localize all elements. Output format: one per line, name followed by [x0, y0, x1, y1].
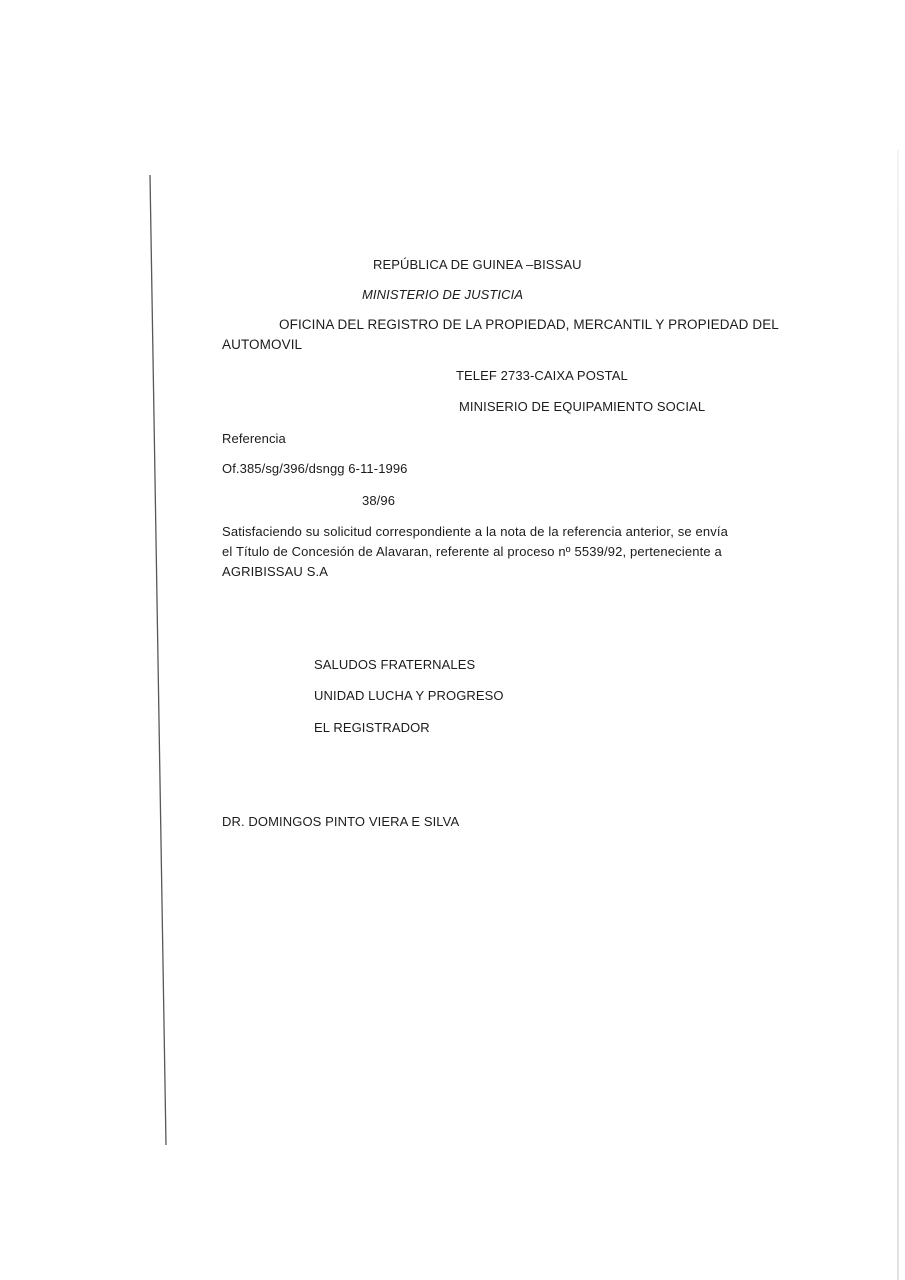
closing-greeting: SALUDOS FRATERNALES: [314, 657, 475, 673]
body-line: el Título de Concesión de Alavaran, refe…: [222, 542, 774, 562]
reference-label: Referencia: [222, 431, 286, 447]
signatory-name: DR. DOMINGOS PINTO VIERA E SILVA: [222, 814, 459, 830]
header-phone: TELEF 2733-CAIXA POSTAL: [456, 368, 628, 384]
closing-motto: UNIDAD LUCHA Y PROGRESO: [314, 688, 504, 704]
reference-our-ref: 38/96: [362, 493, 395, 509]
header-recipient: MINISERIO DE EQUIPAMIENTO SOCIAL: [459, 399, 705, 415]
body-line: AGRIBISSAU S.A: [222, 562, 774, 582]
header-ministry: MINISTERIO DE JUSTICIA: [362, 287, 523, 303]
page-edge-shadow: [897, 150, 899, 1280]
body-paragraph: Satisfaciendo su solicitud correspondien…: [222, 522, 774, 582]
header-country: REPÚBLICA DE GUINEA –BISSAU: [373, 257, 582, 273]
body-line: Satisfaciendo su solicitud correspondien…: [222, 522, 774, 542]
header-office-line2: AUTOMOVIL: [222, 337, 302, 353]
reference-number: Of.385/sg/396/dsngg 6-11-1996: [222, 461, 408, 477]
binding-margin-line: [0, 0, 905, 1280]
header-office-line1: OFICINA DEL REGISTRO DE LA PROPIEDAD, ME…: [279, 317, 779, 333]
closing-title: EL REGISTRADOR: [314, 720, 430, 736]
scanned-document-page: REPÚBLICA DE GUINEA –BISSAU MINISTERIO D…: [0, 0, 905, 1280]
